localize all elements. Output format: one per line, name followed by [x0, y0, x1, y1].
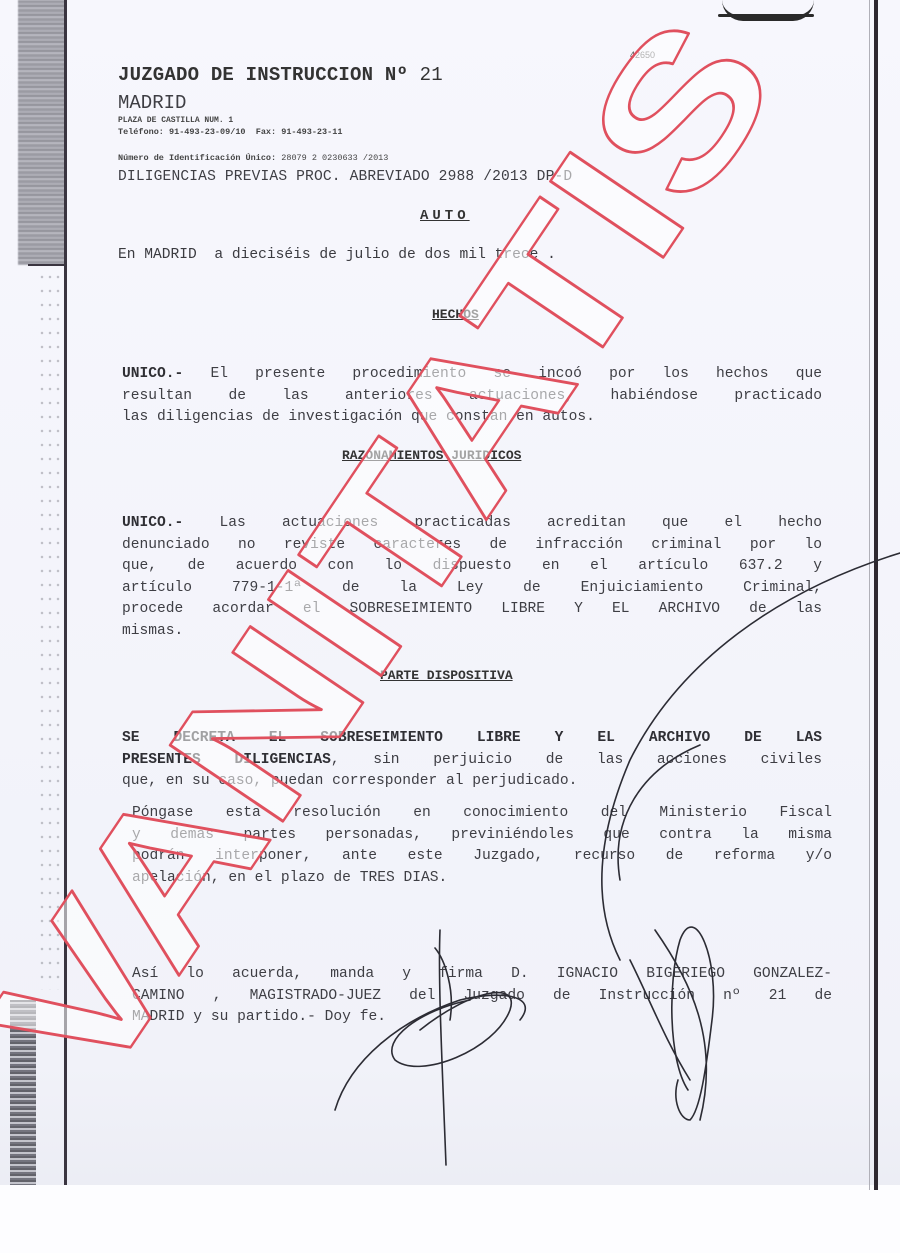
court-title-text: JUZGADO DE INSTRUCCION Nº — [118, 64, 408, 86]
date-line: En MADRID a dieciséis de julio de dos mi… — [118, 247, 556, 263]
firma-paragraph: Así lo acuerda, manda y firma D. IGNACIO… — [132, 964, 832, 1029]
razonamientos-line-1-text: Las actuaciones practicadas acreditan qu… — [183, 515, 822, 531]
razonamientos-line-3: que, de acuerdo con lo dispuesto en el a… — [122, 556, 822, 578]
razonamientos-line-1: UNICO.- Las actuaciones practicadas acre… — [122, 513, 822, 535]
hechos-line-3: las diligencias de investigación que con… — [122, 407, 822, 429]
decreta-line-2-rest: , sin perjuicio de las acciones civiles — [331, 752, 822, 768]
court-address: PLAZA DE CASTILLA NUM. 1 — [118, 116, 233, 125]
pongase-paragraph: Póngase esta resolución en conocimiento … — [132, 803, 832, 889]
binding-edge-tick — [28, 264, 66, 266]
binding-edge-line — [64, 0, 67, 1185]
pongase-line-2: y demás partes personadas, previniéndole… — [132, 825, 832, 847]
court-city: MADRID — [118, 92, 186, 114]
procedure-reference: DILIGENCIAS PREVIAS PROC. ABREVIADO 2988… — [118, 169, 572, 185]
razonamientos-line-2: denunciado no reviste caracteres de infr… — [122, 535, 822, 557]
hechos-lead: UNICO.- — [122, 366, 183, 382]
binding-edge-shadow-bottom — [10, 1000, 36, 1185]
firma-line-1: Así lo acuerda, manda y firma D. IGNACIO… — [132, 964, 832, 986]
hechos-paragraph: UNICO.- El presente procedimiento se inc… — [122, 364, 822, 429]
page-right-edge-shadow — [869, 0, 870, 1190]
firma-line-3: MADRID y su partido.- Doy fe. — [132, 1007, 832, 1029]
binding-edge-shadow — [18, 0, 66, 265]
decreta-line-1: SE DECRETA EL SOBRESEIMIENTO LIBRE Y EL … — [122, 728, 822, 750]
decreta-paragraph: SE DECRETA EL SOBRESEIMIENTO LIBRE Y EL … — [122, 728, 822, 793]
handwritten-top-underline — [718, 14, 814, 17]
razonamientos-lead: UNICO.- — [122, 515, 183, 531]
hechos-heading: HECHOS — [432, 307, 479, 322]
hechos-line-2: resultan de las anteriores actuaciones, … — [122, 386, 822, 408]
page-bottom-margin — [0, 1185, 900, 1253]
court-number: 21 — [420, 64, 443, 86]
pongase-line-1: Póngase esta resolución en conocimiento … — [132, 803, 832, 825]
pongase-line-3: podrán interponer, ante este Juzgado, re… — [132, 846, 832, 868]
decreta-line-1-bold: SE DECRETA EL SOBRESEIMIENTO LIBRE Y EL … — [122, 730, 822, 746]
document-number: 42650 — [630, 50, 655, 60]
decreta-line-3: que, en su caso, puedan corresponder al … — [122, 771, 822, 793]
hechos-line-1: UNICO.- El presente procedimiento se inc… — [122, 364, 822, 386]
nig-value: 28079 2 0230633 /2013 — [281, 153, 388, 163]
page-right-edge — [874, 0, 878, 1190]
parte-dispositiva-heading: PARTE DISPOSITIVA — [380, 668, 513, 683]
razonamientos-heading: RAZONAMIENTOS JURIDICOS — [342, 448, 521, 463]
firma-line-2: CAMINO , MAGISTRADO-JUEZ del Juzgado de … — [132, 986, 832, 1008]
handwritten-top-mark — [722, 0, 814, 21]
razonamientos-line-6: mismas. — [122, 621, 822, 643]
decreta-line-2-bold: PRESENTES DILIGENCIAS — [122, 752, 331, 768]
hechos-line-1-text: El presente procedimiento se incoó por l… — [183, 366, 822, 382]
nig-label: Número de Identificación Único: — [118, 153, 276, 163]
court-title: JUZGADO DE INSTRUCCION Nº 21 — [118, 64, 443, 86]
razonamientos-paragraph: UNICO.- Las actuaciones practicadas acre… — [122, 513, 822, 642]
razonamientos-line-5: procede acordar el SOBRESEIMIENTO LIBRE … — [122, 599, 822, 621]
auto-title: AUTO — [420, 208, 470, 224]
nig-line: Número de Identificación Único: 28079 2 … — [118, 153, 388, 163]
decreta-line-2: PRESENTES DILIGENCIAS, sin perjuicio de … — [122, 750, 822, 772]
razonamientos-line-4: artículo 779-1-1ª de la Ley de Enjuiciam… — [122, 578, 822, 600]
court-phone-fax: Teléfono: 91-493-23-09/10 Fax: 91-493-23… — [118, 127, 342, 137]
binding-edge-dots — [38, 270, 60, 990]
pongase-line-4: apelación, en el plazo de TRES DIAS. — [132, 868, 832, 890]
